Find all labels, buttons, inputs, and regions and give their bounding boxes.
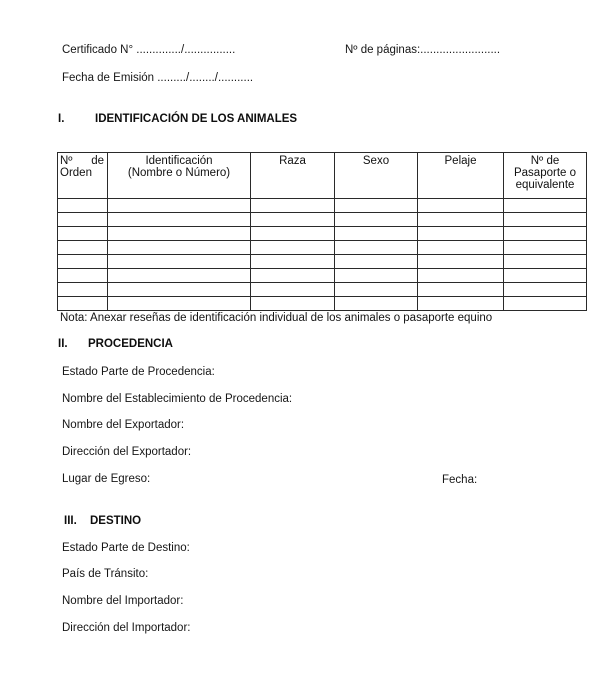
- section-destino-heading: III.DESTINO: [64, 515, 141, 527]
- section-number: I.: [58, 113, 95, 125]
- exit-place-field[interactable]: Lugar de Egreso:: [62, 473, 150, 485]
- table-cell[interactable]: [108, 227, 251, 241]
- table-cell[interactable]: [335, 227, 418, 241]
- table-cell[interactable]: [58, 269, 108, 283]
- table-cell[interactable]: [108, 213, 251, 227]
- table-cell[interactable]: [418, 241, 504, 255]
- table-row: [58, 297, 587, 311]
- section-identificacion-heading: I.IDENTIFICACIÓN DE LOS ANIMALES: [58, 113, 297, 125]
- table-cell[interactable]: [418, 283, 504, 297]
- table-cell[interactable]: [58, 227, 108, 241]
- table-cell[interactable]: [251, 213, 335, 227]
- column-header-breed: Raza: [251, 153, 335, 199]
- table-cell[interactable]: [504, 213, 587, 227]
- table-cell[interactable]: [251, 297, 335, 311]
- table-cell[interactable]: [251, 199, 335, 213]
- table-cell[interactable]: [58, 255, 108, 269]
- table-cell[interactable]: [418, 297, 504, 311]
- column-header-sex: Sexo: [335, 153, 418, 199]
- table-cell[interactable]: [504, 283, 587, 297]
- destination-state-field[interactable]: Estado Parte de Destino:: [62, 542, 190, 554]
- table-cell[interactable]: [251, 269, 335, 283]
- table-cell[interactable]: [108, 241, 251, 255]
- table-cell[interactable]: [58, 283, 108, 297]
- certificado-number-field[interactable]: Certificado N° ............../..........…: [62, 44, 235, 56]
- page-count-field[interactable]: Nº de páginas:.........................: [345, 44, 500, 56]
- table-cell[interactable]: [251, 283, 335, 297]
- origin-state-field[interactable]: Estado Parte de Procedencia:: [62, 366, 215, 378]
- table-row: [58, 255, 587, 269]
- animals-identification-table: Nº de Orden Identificación (Nombre o Núm…: [57, 152, 587, 311]
- importer-address-field[interactable]: Dirección del Importador:: [62, 622, 190, 634]
- header-line: Orden: [60, 167, 104, 179]
- table-cell[interactable]: [58, 297, 108, 311]
- table-cell[interactable]: [504, 241, 587, 255]
- table-cell[interactable]: [251, 255, 335, 269]
- table-cell[interactable]: [504, 269, 587, 283]
- header-line: Nº de: [504, 155, 586, 167]
- table-cell[interactable]: [58, 241, 108, 255]
- table-cell[interactable]: [418, 227, 504, 241]
- table-row: [58, 199, 587, 213]
- section-title: IDENTIFICACIÓN DE LOS ANIMALES: [95, 113, 297, 125]
- table-cell[interactable]: [58, 199, 108, 213]
- table-cell[interactable]: [108, 297, 251, 311]
- table-cell[interactable]: [504, 227, 587, 241]
- origin-establishment-field[interactable]: Nombre del Establecimiento de Procedenci…: [62, 393, 292, 405]
- table-cell[interactable]: [251, 227, 335, 241]
- section-procedencia-heading: II.PROCEDENCIA: [58, 338, 173, 350]
- section-number: II.: [58, 338, 88, 350]
- section-title: PROCEDENCIA: [88, 338, 173, 350]
- table-cell[interactable]: [108, 269, 251, 283]
- header-line: Nº de: [60, 155, 104, 167]
- table-cell[interactable]: [335, 269, 418, 283]
- table-header-row: Nº de Orden Identificación (Nombre o Núm…: [58, 153, 587, 199]
- section-title: DESTINO: [90, 515, 141, 527]
- table-cell[interactable]: [335, 255, 418, 269]
- exporter-name-field[interactable]: Nombre del Exportador:: [62, 419, 184, 431]
- table-cell[interactable]: [335, 283, 418, 297]
- header-line: Sexo: [335, 155, 417, 167]
- table-cell[interactable]: [504, 297, 587, 311]
- table-row: [58, 213, 587, 227]
- table-cell[interactable]: [58, 213, 108, 227]
- table-cell[interactable]: [418, 199, 504, 213]
- table-cell[interactable]: [504, 199, 587, 213]
- table-cell[interactable]: [335, 199, 418, 213]
- table-cell[interactable]: [418, 269, 504, 283]
- table-row: [58, 241, 587, 255]
- header-line: Pelaje: [418, 155, 503, 167]
- table-body: [58, 199, 587, 311]
- header-line: equivalente: [504, 179, 586, 191]
- table-cell[interactable]: [504, 255, 587, 269]
- column-header-passport: Nº de Pasaporte o equivalente: [504, 153, 587, 199]
- header-line: Raza: [251, 155, 334, 167]
- exit-date-field[interactable]: Fecha:: [442, 474, 477, 486]
- issue-date-field[interactable]: Fecha de Emisión ........./......../....…: [62, 72, 253, 84]
- section-number: III.: [64, 515, 90, 527]
- table-cell[interactable]: [108, 255, 251, 269]
- table-cell[interactable]: [251, 241, 335, 255]
- identification-note: Nota: Anexar reseñas de identificación i…: [60, 312, 492, 324]
- importer-name-field[interactable]: Nombre del Importador:: [62, 595, 183, 607]
- header-line: (Nombre o Número): [108, 167, 250, 179]
- table-row: [58, 227, 587, 241]
- table-row: [58, 269, 587, 283]
- exporter-address-field[interactable]: Dirección del Exportador:: [62, 446, 191, 458]
- table-row: [58, 283, 587, 297]
- header-line: Identificación: [108, 155, 250, 167]
- column-header-coat: Pelaje: [418, 153, 504, 199]
- column-header-order: Nº de Orden: [58, 153, 108, 199]
- table-cell[interactable]: [418, 255, 504, 269]
- table-cell[interactable]: [335, 297, 418, 311]
- transit-country-field[interactable]: País de Tránsito:: [62, 568, 148, 580]
- table-cell[interactable]: [335, 213, 418, 227]
- table-cell[interactable]: [335, 241, 418, 255]
- column-header-identification: Identificación (Nombre o Número): [108, 153, 251, 199]
- table-cell[interactable]: [108, 199, 251, 213]
- table-cell[interactable]: [418, 213, 504, 227]
- table-cell[interactable]: [108, 283, 251, 297]
- header-line: Pasaporte o: [504, 167, 586, 179]
